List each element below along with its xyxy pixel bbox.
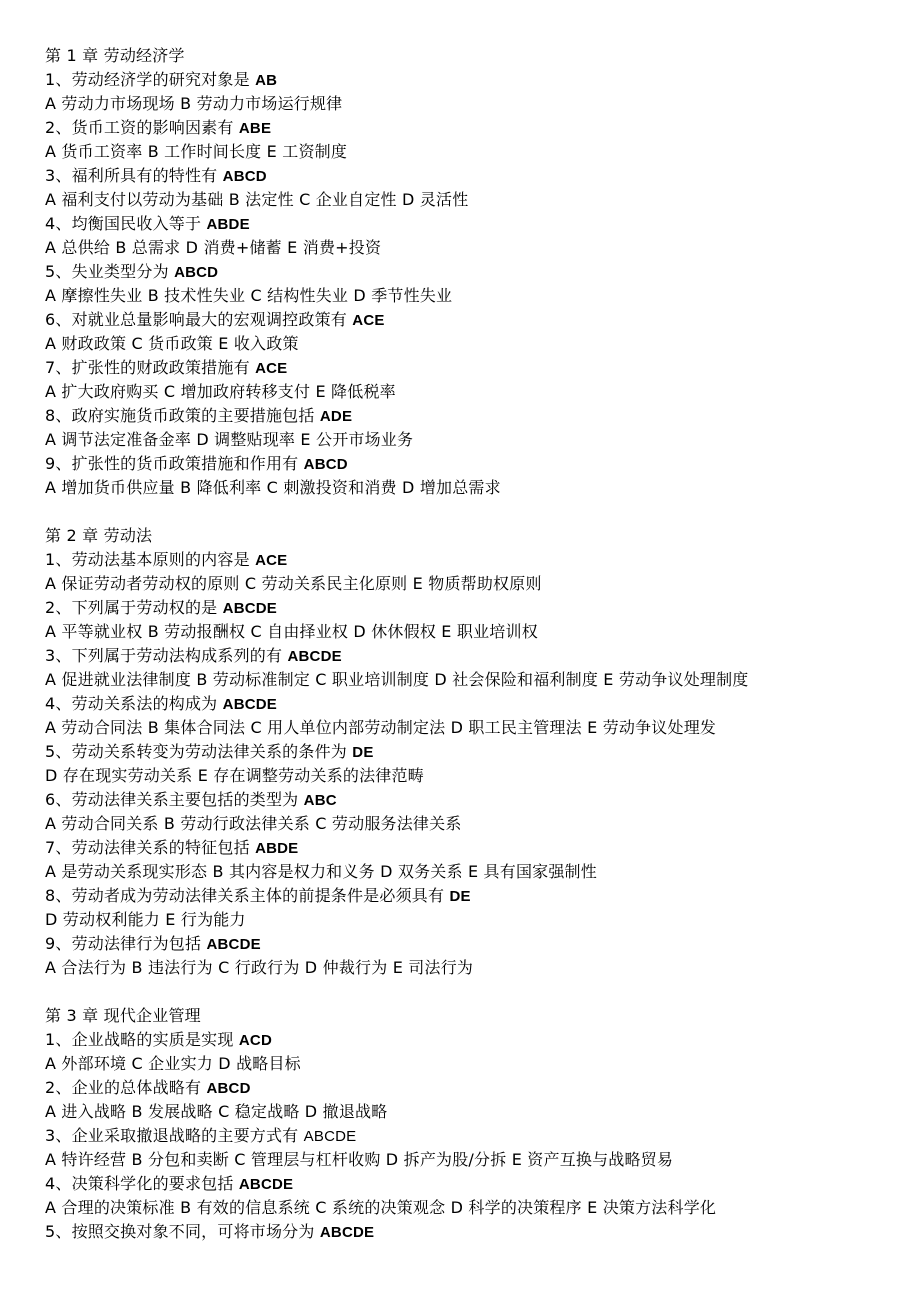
question-4: 4、劳动关系法的构成为 ABCDE xyxy=(45,692,900,716)
answer-key: ABCDE xyxy=(223,696,277,713)
answer-key: ABCD xyxy=(304,456,348,473)
answer-key: ABCDE xyxy=(239,1176,293,1193)
question-options: A 增加货币供应量 B 降低利率 C 刺激投资和消费 D 增加总需求 xyxy=(45,476,900,500)
question-options: A 合理的决策标准 B 有效的信息系统 C 系统的决策观念 D 科学的决策程序 … xyxy=(45,1196,900,1220)
answer-key: ADE xyxy=(320,408,352,425)
question-options: A 扩大政府购买 C 增加政府转移支付 E 降低税率 xyxy=(45,380,900,404)
question-options: A 合法行为 B 违法行为 C 行政行为 D 仲裁行为 E 司法行为 xyxy=(45,956,900,980)
question-1: 1、劳动法基本原则的内容是 ACE xyxy=(45,548,900,572)
question-1: 1、企业战略的实质是实现 ACD xyxy=(45,1028,900,1052)
chapter-title: 第 3 章 现代企业管理 xyxy=(45,1004,900,1028)
question-3: 3、福利所具有的特性有 ABCD xyxy=(45,164,900,188)
question-options: A 货币工资率 B 工作时间长度 E 工资制度 xyxy=(45,140,900,164)
chapter-title: 第 2 章 劳动法 xyxy=(45,524,900,548)
answer-key: ABCDE xyxy=(287,648,341,665)
question-options: D 存在现实劳动关系 E 存在调整劳动关系的法律范畴 xyxy=(45,764,900,788)
question-options: A 特许经营 B 分包和卖断 C 管理层与杠杆收购 D 拆产为股/分拆 E 资产… xyxy=(45,1148,900,1172)
question-options: A 福利支付以劳动为基础 B 法定性 C 企业自定性 D 灵活性 xyxy=(45,188,900,212)
question-options: A 调节法定准备金率 D 调整贴现率 E 公开市场业务 xyxy=(45,428,900,452)
question-2: 2、企业的总体战略有 ABCD xyxy=(45,1076,900,1100)
answer-key: ACE xyxy=(255,360,287,377)
question-6: 6、对就业总量影响最大的宏观调控政策有 ACE xyxy=(45,308,900,332)
chapter-1: 第 1 章 劳动经济学 1、劳动经济学的研究对象是 AB A 劳动力市场现场 B… xyxy=(45,44,900,500)
answer-key: ABDE xyxy=(255,840,298,857)
chapter-2: 第 2 章 劳动法 1、劳动法基本原则的内容是 ACE A 保证劳动者劳动权的原… xyxy=(45,524,900,980)
question-options: A 平等就业权 B 劳动报酬权 C 自由择业权 D 休休假权 E 职业培训权 xyxy=(45,620,900,644)
section-spacer xyxy=(45,980,900,1004)
answer-key: ABCD xyxy=(174,264,218,281)
question-6: 6、劳动法律关系主要包括的类型为 ABC xyxy=(45,788,900,812)
question-4: 4、决策科学化的要求包括 ABCDE xyxy=(45,1172,900,1196)
answer-key: ABCDE xyxy=(320,1224,374,1241)
question-8: 8、劳动者成为劳动法律关系主体的前提条件是必须具有 DE xyxy=(45,884,900,908)
answer-key: DE xyxy=(352,744,373,761)
answer-key: ABCD xyxy=(223,168,267,185)
question-5: 5、失业类型分为 ABCD xyxy=(45,260,900,284)
question-5: 5、劳动关系转变为劳动法律关系的条件为 DE xyxy=(45,740,900,764)
chapter-title: 第 1 章 劳动经济学 xyxy=(45,44,900,68)
question-options: A 财政政策 C 货币政策 E 收入政策 xyxy=(45,332,900,356)
question-9: 9、扩张性的货币政策措施和作用有 ABCD xyxy=(45,452,900,476)
question-7: 7、劳动法律关系的特征包括 ABDE xyxy=(45,836,900,860)
answer-key: ABCDE xyxy=(206,936,260,953)
question-options: D 劳动权利能力 E 行为能力 xyxy=(45,908,900,932)
question-9: 9、劳动法律行为包括 ABCDE xyxy=(45,932,900,956)
answer-key: ABCDE xyxy=(223,600,277,617)
question-options: A 是劳动关系现实形态 B 其内容是权力和义务 D 双务关系 E 具有国家强制性 xyxy=(45,860,900,884)
question-options: A 劳动合同关系 B 劳动行政法律关系 C 劳动服务法律关系 xyxy=(45,812,900,836)
question-options: A 总供给 B 总需求 D 消费+储蓄 E 消费+投资 xyxy=(45,236,900,260)
question-1: 1、劳动经济学的研究对象是 AB xyxy=(45,68,900,92)
question-2: 2、下列属于劳动权的是 ABCDE xyxy=(45,596,900,620)
answer-key: ABCDE xyxy=(304,1128,357,1145)
question-8: 8、政府实施货币政策的主要措施包括 ADE xyxy=(45,404,900,428)
answer-key: ABDE xyxy=(206,216,249,233)
answer-key: AB xyxy=(255,72,277,89)
answer-key: ACE xyxy=(255,552,287,569)
answer-key: DE xyxy=(449,888,470,905)
question-4: 4、均衡国民收入等于 ABDE xyxy=(45,212,900,236)
chapter-3: 第 3 章 现代企业管理 1、企业战略的实质是实现 ACD A 外部环境 C 企… xyxy=(45,1004,900,1244)
document-page: 第 1 章 劳动经济学 1、劳动经济学的研究对象是 AB A 劳动力市场现场 B… xyxy=(45,44,900,1244)
answer-key: ABC xyxy=(304,792,337,809)
answer-key: ABE xyxy=(239,120,271,137)
question-options: A 摩擦性失业 B 技术性失业 C 结构性失业 D 季节性失业 xyxy=(45,284,900,308)
answer-key: ACE xyxy=(352,312,384,329)
question-options: A 保证劳动者劳动权的原则 C 劳动关系民主化原则 E 物质帮助权原则 xyxy=(45,572,900,596)
question-options: A 外部环境 C 企业实力 D 战略目标 xyxy=(45,1052,900,1076)
question-options: A 进入战略 B 发展战略 C 稳定战略 D 撤退战略 xyxy=(45,1100,900,1124)
question-options: A 劳动合同法 B 集体合同法 C 用人单位内部劳动制定法 D 职工民主管理法 … xyxy=(45,716,900,740)
question-3: 3、企业采取撤退战略的主要方式有 ABCDE xyxy=(45,1124,900,1148)
question-3: 3、下列属于劳动法构成系列的有 ABCDE xyxy=(45,644,900,668)
question-5: 5、按照交换对象不同，可将市场分为 ABCDE xyxy=(45,1220,900,1244)
answer-key: ACD xyxy=(239,1032,272,1049)
answer-key: ABCD xyxy=(206,1080,250,1097)
question-7: 7、扩张性的财政政策措施有 ACE xyxy=(45,356,900,380)
question-options: A 劳动力市场现场 B 劳动力市场运行规律 xyxy=(45,92,900,116)
question-2: 2、货币工资的影响因素有 ABE xyxy=(45,116,900,140)
question-options: A 促进就业法律制度 B 劳动标准制定 C 职业培训制度 D 社会保险和福利制度… xyxy=(45,668,900,692)
section-spacer xyxy=(45,500,900,524)
